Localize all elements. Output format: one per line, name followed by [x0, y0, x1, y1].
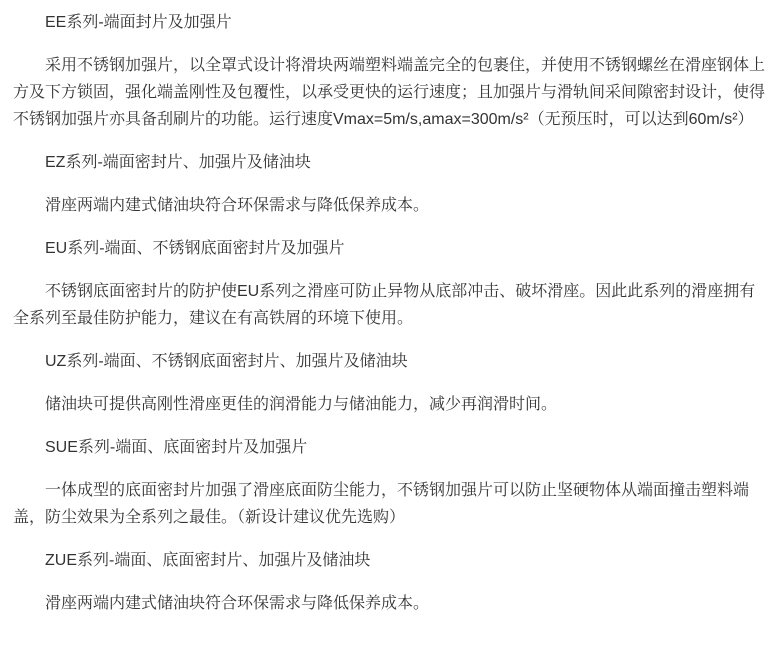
article-body: EE系列-端面封片及加强片 采用不锈钢加强片，以全罩式设计将滑块两端塑料端盖完全…: [0, 0, 775, 627]
series-description: 储油块可提供高刚性滑座更佳的润滑能力与储油能力，减少再润滑时间。: [13, 391, 768, 418]
series-description: 不锈钢底面密封片的防护使EU系列之滑座可防止异物从底部冲击、破坏滑座。因此此系列…: [13, 278, 768, 332]
series-description: 采用不锈钢加强片，以全罩式设计将滑块两端塑料端盖完全的包裹住，并使用不锈钢螺丝在…: [13, 52, 768, 133]
series-heading: UZ系列-端面、不锈钢底面密封片、加强片及储油块: [13, 348, 768, 375]
series-section-eu: EU系列-端面、不锈钢底面密封片及加强片 不锈钢底面密封片的防护使EU系列之滑座…: [13, 235, 768, 332]
series-description: 滑座两端内建式储油块符合环保需求与降低保养成本。: [13, 590, 768, 617]
series-section-zue: ZUE系列-端面、底面密封片、加强片及储油块 滑座两端内建式储油块符合环保需求与…: [13, 547, 768, 617]
series-description: 一体成型的底面密封片加强了滑座底面防尘能力，不锈钢加强片可以防止坚硬物体从端面撞…: [13, 477, 768, 531]
series-heading: EZ系列-端面密封片、加强片及储油块: [13, 149, 768, 176]
series-heading: EE系列-端面封片及加强片: [13, 9, 768, 36]
series-heading: ZUE系列-端面、底面密封片、加强片及储油块: [13, 547, 768, 574]
series-section-uz: UZ系列-端面、不锈钢底面密封片、加强片及储油块 储油块可提供高刚性滑座更佳的润…: [13, 348, 768, 418]
series-section-ee: EE系列-端面封片及加强片 采用不锈钢加强片，以全罩式设计将滑块两端塑料端盖完全…: [13, 9, 768, 133]
series-heading: SUE系列-端面、底面密封片及加强片: [13, 434, 768, 461]
series-section-sue: SUE系列-端面、底面密封片及加强片 一体成型的底面密封片加强了滑座底面防尘能力…: [13, 434, 768, 531]
series-description: 滑座两端内建式储油块符合环保需求与降低保养成本。: [13, 192, 768, 219]
series-heading: EU系列-端面、不锈钢底面密封片及加强片: [13, 235, 768, 262]
series-section-ez: EZ系列-端面密封片、加强片及储油块 滑座两端内建式储油块符合环保需求与降低保养…: [13, 149, 768, 219]
